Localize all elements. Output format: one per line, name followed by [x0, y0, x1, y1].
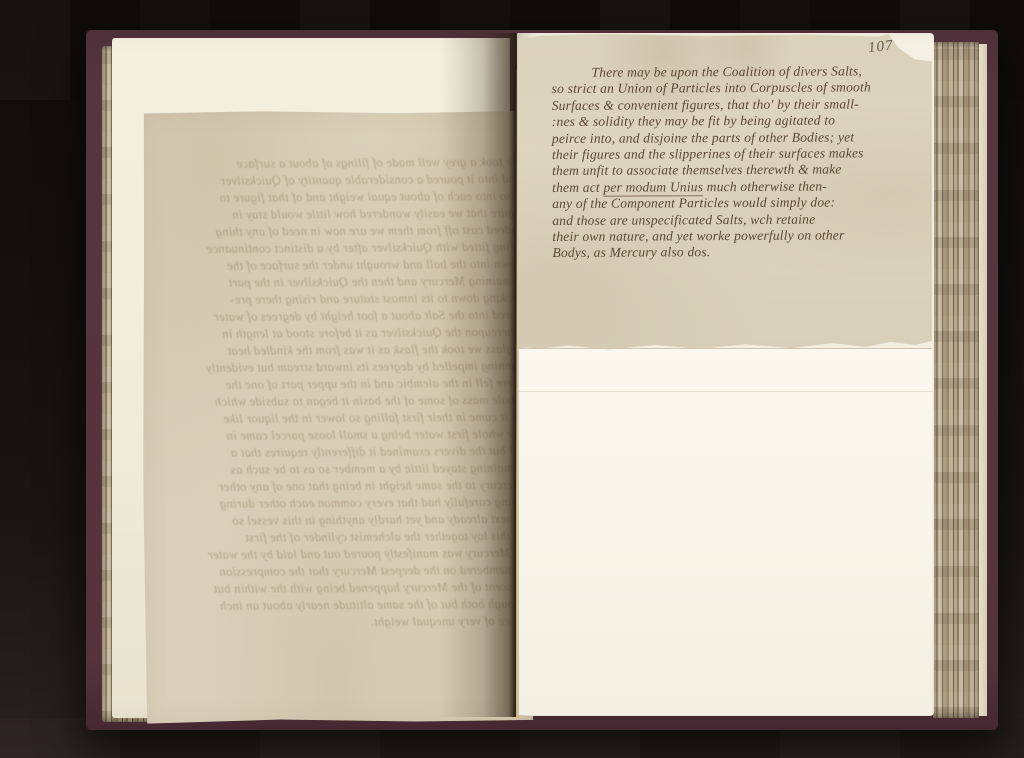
manuscript-line: Bodys, as Mercury also dos. [552, 243, 932, 261]
gutter-shadow [440, 33, 518, 717]
underlined-phrase: per modum Unius [603, 179, 703, 197]
manuscript-line: them unfit to associate themselves there… [552, 161, 932, 179]
book-cover: We took a grey well made of filings of a… [86, 30, 998, 730]
page-edge-sliver-right [979, 44, 987, 716]
manuscript-line: and those are unspecificated Salts, wch … [552, 211, 932, 229]
manuscript-line: peirce into, and disjoine the parts of o… [552, 129, 932, 147]
manuscript-line: any of the Component Particles would sim… [552, 194, 932, 212]
manuscript-line: :nes & solidity they may be fit by being… [552, 112, 932, 130]
fore-edge-right [933, 42, 979, 718]
manuscript-text: There may be upon the Coalition of diver… [551, 63, 932, 262]
page-number: 107 [867, 37, 894, 58]
right-manuscript-sheet: 107 There may be upon the Coalition of d… [518, 34, 932, 352]
manuscript-line: so strict an Union of Particles into Cor… [552, 79, 932, 97]
right-lower-blank-sheet [519, 348, 932, 715]
manuscript-line: their figures and the slipperines of the… [552, 145, 932, 163]
manuscript-line: There may be upon the Coalition of diver… [551, 63, 931, 81]
photograph-background: We took a grey well made of filings of a… [0, 0, 1024, 758]
manuscript-line: them act per modum Unius much otherwise … [552, 178, 932, 196]
manuscript-line: their own nature, and yet worke powerful… [552, 227, 932, 245]
right-page: 107 There may be upon the Coalition of d… [517, 33, 934, 716]
manuscript-line: Surfaces & convenient figures, that tho'… [552, 96, 932, 114]
